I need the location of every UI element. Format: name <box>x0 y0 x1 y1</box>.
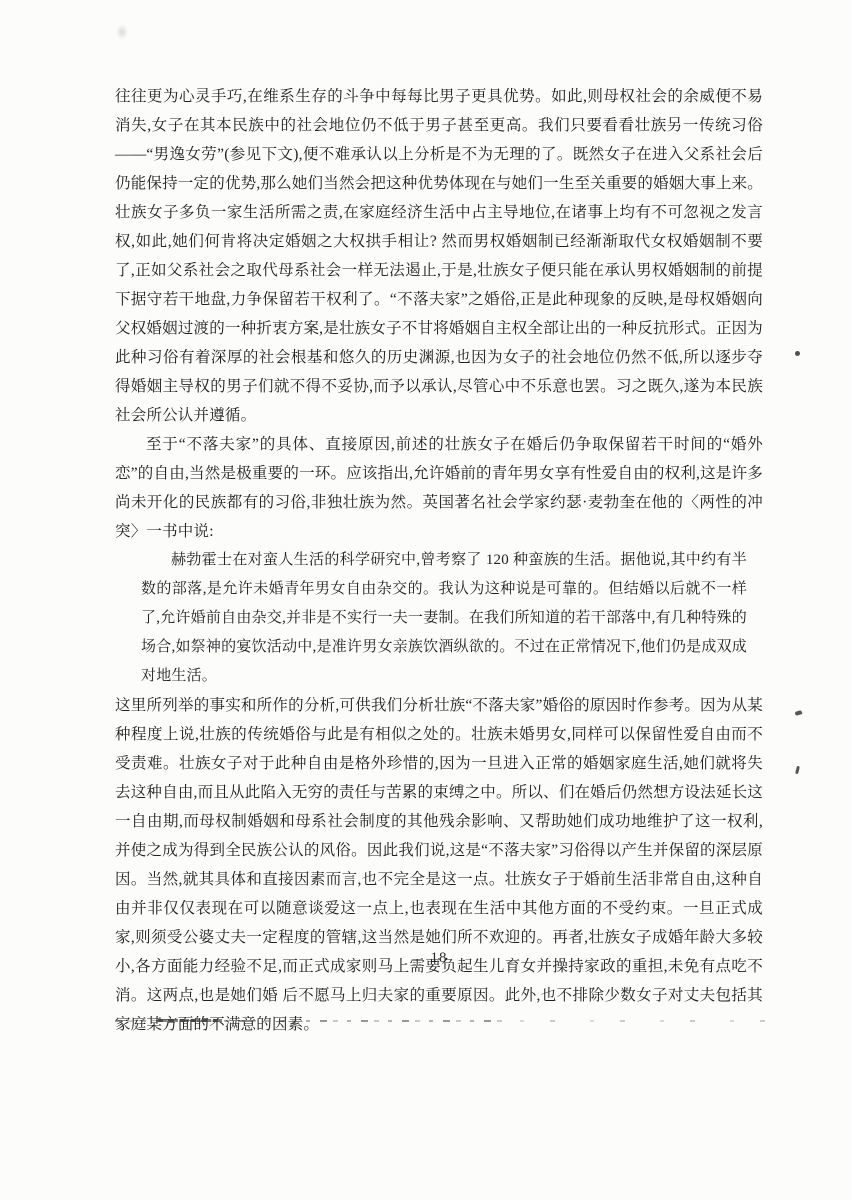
scan-dashed-line-dark-segment <box>158 1019 222 1022</box>
scan-dashed-line-tail <box>520 1020 770 1022</box>
paragraph: 往往更为心灵手巧,在维系生存的斗争中每每比男子更具优势。如此,则母权社会的余威便… <box>115 82 763 430</box>
paragraph: 至于“不落夫家”的具体、直接原因,前述的壮族女子在婚后仍争取保留若干时间的“婚外… <box>115 430 763 546</box>
scan-tick-artifact <box>795 766 800 774</box>
paragraph: 这里所列举的事实和所作的分析,可供我们分析壮族“不落夫家”婚俗的原因时作参考。因… <box>115 691 763 1039</box>
page-number: 18 <box>115 950 763 967</box>
scan-dot-artifact <box>795 351 800 356</box>
scan-tick-artifact <box>795 710 803 716</box>
document-text: 往往更为心灵手巧,在维系生存的斗争中每每比男子更具优势。如此,则母权社会的余威便… <box>115 82 763 1039</box>
scanned-document-page: 往往更为心灵手巧,在维系生存的斗争中每每比男子更具优势。如此,则母权社会的余威便… <box>0 0 852 1200</box>
block-quote: 赫勃霍士在对蛮人生活的科学研究中,曾考察了 120 种蛮族的生活。据他说,其中约… <box>141 546 747 691</box>
scan-smudge-artifact <box>116 24 128 40</box>
